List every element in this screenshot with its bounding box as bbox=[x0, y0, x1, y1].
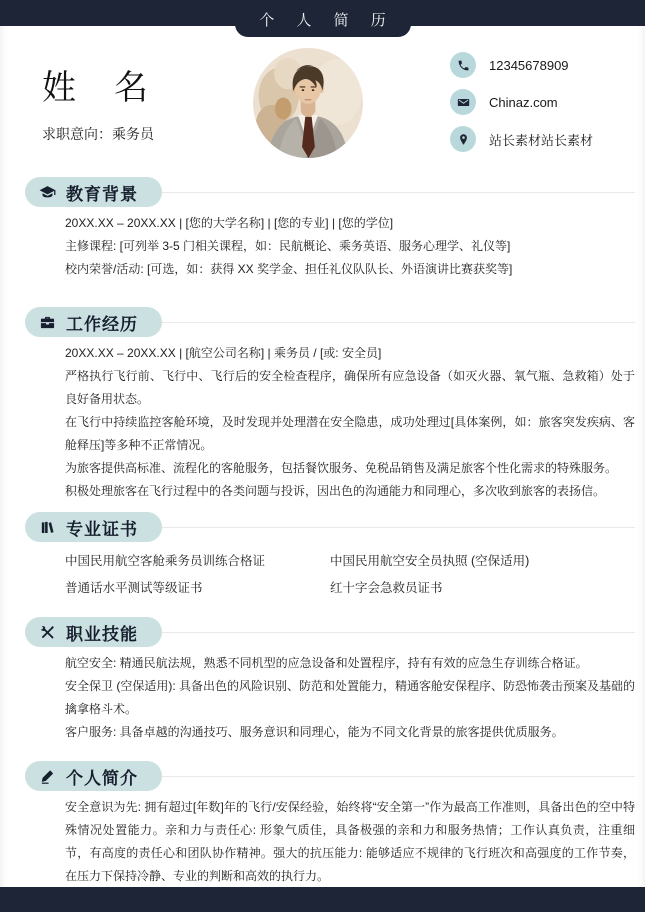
location-icon bbox=[450, 126, 476, 152]
section-skills-pill: 职业技能 bbox=[25, 617, 162, 647]
pencil-icon bbox=[39, 768, 56, 785]
certificate-item: 普通话水平测试等级证书 bbox=[65, 575, 330, 602]
candidate-name: 姓 名 bbox=[42, 60, 150, 109]
section-divider bbox=[162, 322, 635, 323]
contact-email: Chinaz.com bbox=[450, 89, 593, 115]
phone-icon bbox=[450, 52, 476, 78]
phone-number: 12345678909 bbox=[489, 58, 569, 73]
contact-phone: 12345678909 bbox=[450, 52, 593, 78]
graduation-cap-icon bbox=[39, 184, 56, 201]
education-courses: 主修课程: [可列举 3-5 门相关课程，如：民航概论、乘务英语、服务心理学、礼… bbox=[65, 235, 635, 258]
books-icon bbox=[39, 519, 56, 536]
section-profile-title: 个人简介 bbox=[66, 764, 138, 789]
section-work-header: 工作经历 bbox=[25, 307, 635, 337]
section-skills: 职业技能 航空安全: 精通民航法规，熟悉不同机型的应急设备和处置程序，持有有效的… bbox=[25, 617, 635, 744]
tools-icon bbox=[39, 624, 56, 641]
contact-location: 站长素材站长素材 bbox=[450, 126, 593, 152]
work-duty: 在飞行中持续监控客舱环境，及时发现并处理潜在安全隐患，成功处理过[具体案例，如：… bbox=[65, 411, 635, 457]
section-certificates: 专业证书 中国民用航空客舱乘务员训练合格证 中国民用航空安全员执照 (空保适用)… bbox=[25, 512, 635, 602]
skill-item: 安全保卫 (空保适用): 具备出色的风险识别、防范和处置能力，精通客舱安保程序、… bbox=[65, 675, 635, 721]
section-profile-pill: 个人简介 bbox=[25, 761, 162, 791]
certificate-item: 中国民用航空安全员执照 (空保适用) bbox=[330, 548, 635, 575]
job-intention: 求职意向：乘务员 bbox=[42, 124, 154, 144]
section-certificates-title: 专业证书 bbox=[66, 515, 138, 540]
location-text: 站长素材站长素材 bbox=[489, 130, 593, 149]
profile-photo bbox=[253, 48, 363, 158]
section-skills-title: 职业技能 bbox=[66, 620, 138, 645]
section-divider bbox=[162, 632, 635, 633]
work-duty: 积极处理旅客在飞行过程中的各类问题与投诉，因出色的沟通能力和同理心，多次收到旅客… bbox=[65, 480, 635, 503]
briefcase-icon bbox=[39, 314, 56, 331]
section-profile-header: 个人简介 bbox=[25, 761, 635, 791]
skill-item: 客户服务: 具备卓越的沟通技巧、服务意识和同理心，能为不同文化背景的旅客提供优质… bbox=[65, 721, 635, 744]
section-work-pill: 工作经历 bbox=[25, 307, 162, 337]
certificates-grid: 中国民用航空客舱乘务员训练合格证 中国民用航空安全员执照 (空保适用) 普通话水… bbox=[25, 542, 635, 602]
section-divider bbox=[162, 776, 635, 777]
contact-list: 12345678909 Chinaz.com 站长素材站长素材 bbox=[450, 52, 593, 163]
profile-summary: 安全意识为先: 拥有超过[年数]年的飞行/安保经验，始终将“安全第一”作为最高工… bbox=[65, 796, 635, 888]
work-duty: 为旅客提供高标准、流程化的客舱服务，包括餐饮服务、免税品销售及满足旅客个性化需求… bbox=[65, 457, 635, 480]
resume-page: 个 人 简 历 姓 名 求职意向：乘务员 bbox=[0, 0, 645, 912]
section-education-header: 教育背景 bbox=[25, 177, 635, 207]
section-education: 教育背景 20XX.XX – 20XX.XX | [您的大学名称] | [您的专… bbox=[25, 177, 635, 281]
work-duty: 严格执行飞行前、飞行中、飞行后的安全检查程序，确保所有应急设备（如灭火器、氧气瓶… bbox=[65, 365, 635, 411]
section-work-title: 工作经历 bbox=[66, 310, 138, 335]
resume-title-badge: 个 人 简 历 bbox=[235, 0, 411, 37]
certificate-item: 中国民用航空客舱乘务员训练合格证 bbox=[65, 548, 330, 575]
section-certificates-header: 专业证书 bbox=[25, 512, 635, 542]
education-meta: 20XX.XX – 20XX.XX | [您的大学名称] | [您的专业] | … bbox=[65, 212, 635, 235]
section-divider bbox=[162, 527, 635, 528]
section-profile: 个人简介 安全意识为先: 拥有超过[年数]年的飞行/安保经验，始终将“安全第一”… bbox=[25, 761, 635, 888]
section-education-title: 教育背景 bbox=[66, 180, 138, 205]
education-honors: 校内荣誉/活动: [可选，如：获得 XX 奖学金、担任礼仪队队长、外语演讲比赛获… bbox=[65, 258, 635, 281]
section-skills-header: 职业技能 bbox=[25, 617, 635, 647]
work-meta: 20XX.XX – 20XX.XX | [航空公司名称] | 乘务员 / [或:… bbox=[65, 342, 635, 365]
skill-item: 航空安全: 精通民航法规，熟悉不同机型的应急设备和处置程序，持有有效的应急生存训… bbox=[65, 652, 635, 675]
email-icon bbox=[450, 89, 476, 115]
portrait-illustration bbox=[253, 48, 363, 158]
resume-title: 个 人 简 历 bbox=[259, 9, 395, 30]
bottom-bar bbox=[0, 887, 645, 912]
section-work: 工作经历 20XX.XX – 20XX.XX | [航空公司名称] | 乘务员 … bbox=[25, 307, 635, 503]
email-address: Chinaz.com bbox=[489, 95, 558, 110]
certificate-item: 红十字会急救员证书 bbox=[330, 575, 635, 602]
section-education-pill: 教育背景 bbox=[25, 177, 162, 207]
section-certificates-pill: 专业证书 bbox=[25, 512, 162, 542]
section-divider bbox=[162, 192, 635, 193]
